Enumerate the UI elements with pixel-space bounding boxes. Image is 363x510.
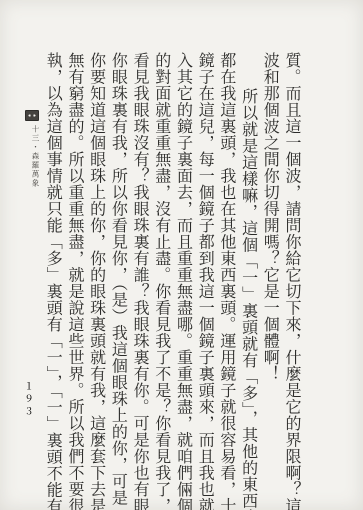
text-column: 的對面就重重無盡，沒有止盡。你看見我了不是？你看見我了，你 <box>151 52 173 490</box>
text-column: 都在我這裏頭，我也在其他東西裏頭。運用鏡子就很容易看，十個 <box>216 52 238 490</box>
publisher-seal-icon <box>25 110 39 121</box>
body-text: 質。而且這一個波，請問你給它切下來，什麼是它的界限啊？這個 波和那個波之間你切得… <box>43 52 303 490</box>
text-column: 你眼珠裏有我，所以你看見你，（是）我這個眼珠上的你，可是 <box>108 52 130 490</box>
text-column: 質。而且這一個波，請問你給它切下來，什麼是它的界限啊？這個 <box>281 52 303 490</box>
text-column: 所以就是這樣嘛，這個「一」裏頭就有「多」，其他的東西也 <box>238 52 260 490</box>
text-column: 看見我眼珠沒有？我眼珠裏有誰？我眼珠裏有你。可是你也有眼珠， <box>129 52 151 490</box>
page-number: １９３ <box>20 381 34 419</box>
book-page: 質。而且這一個波，請問你給它切下來，什麼是它的界限啊？這個 波和那個波之間你切得… <box>0 0 363 510</box>
text-column: 鏡子在這兒，每一個鏡子都到我這一個鏡子裏頭來，而且我也就都 <box>194 52 216 490</box>
text-column: 入其它的鏡子裏面去，而且重重無盡哪。重重無盡，就咱們倆個人 <box>173 52 195 490</box>
text-column: 無有窮盡的。所以重重無盡，就是說這些世界。所以我們不要很固 <box>64 52 86 490</box>
chapter-label: 十三・森羅萬象 <box>30 125 41 188</box>
text-column: 執，以為這個事情就只能「多」裏頭有「一」，「一」裏頭不能有 <box>43 52 65 490</box>
text-column: 波和那個波之間你切得開嗎？它是一個體啊！ <box>260 52 282 490</box>
text-column: 你要知道這個眼珠上的你，你的眼珠裏頭就有我，這麼套下去是 <box>86 52 108 490</box>
